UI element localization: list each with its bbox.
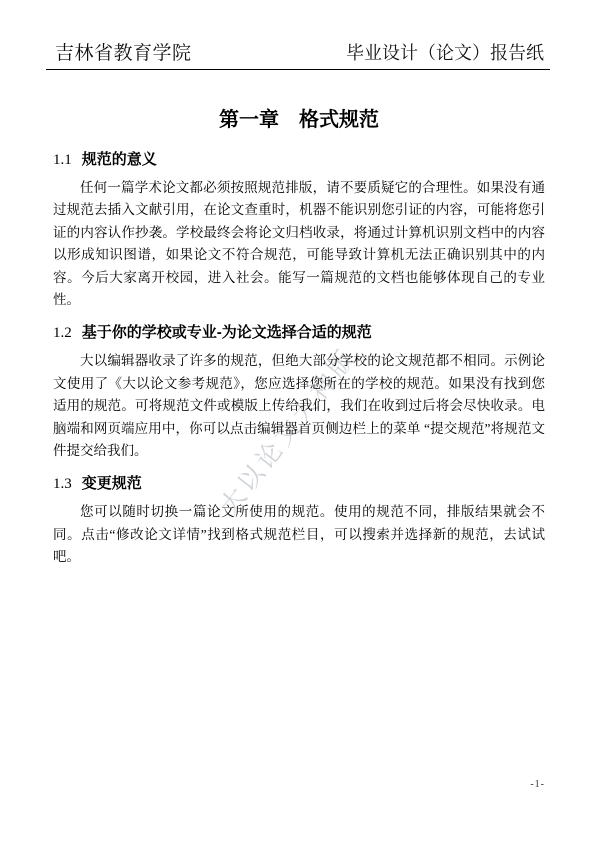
document-content: 第一章 格式规范 1.1规范的意义 任何一篇学术论文都必须按照规范排版，请不要质…: [53, 106, 545, 569]
section-heading-text: 基于你的学校或专业-为论文选择合适的规范: [82, 324, 372, 341]
section-paragraph: 任何一篇学术论文都必须按照规范排版，请不要质疑它的合理性。如果没有通过规范去插入…: [53, 177, 545, 311]
section-number: 1.1: [53, 152, 72, 168]
chapter-title: 第一章 格式规范: [53, 106, 545, 134]
section-heading-text: 规范的意义: [82, 151, 157, 168]
section-heading: 1.2基于你的学校或专业-为论文选择合适的规范: [53, 324, 545, 342]
section-paragraph: 大以编辑器收录了许多的规范，但绝大部分学校的论文规范都不相同。示例论文使用了《大…: [53, 350, 545, 462]
header-doc-type: 毕业设计（论文）报告纸: [346, 39, 550, 65]
header-school-name: 吉林省教育学院: [46, 38, 192, 65]
section-1-3: 1.3变更规范 您可以随时切换一篇论文所使用的规范。使用的规范不同，排版结果就会…: [53, 475, 545, 568]
section-1-1: 1.1规范的意义 任何一篇学术论文都必须按照规范排版，请不要质疑它的合理性。如果…: [53, 151, 545, 311]
section-heading: 1.3变更规范: [53, 475, 545, 493]
page-number: -1-: [530, 779, 545, 790]
section-number: 1.3: [53, 476, 72, 492]
page-header: 吉林省教育学院 毕业设计（论文）报告纸: [46, 38, 550, 70]
section-number: 1.2: [53, 325, 72, 341]
section-paragraph: 您可以随时切换一篇论文所使用的规范。使用的规范不同，排版结果就会不同。点击“修改…: [53, 501, 545, 568]
page-footer: -1-: [530, 779, 545, 790]
section-heading: 1.1规范的意义: [53, 151, 545, 169]
section-heading-text: 变更规范: [82, 475, 142, 492]
document-page: 吉林省教育学院 毕业设计（论文）报告纸 大以论文大神版 第一章 格式规范 1.1…: [0, 0, 595, 842]
section-1-2: 1.2基于你的学校或专业-为论文选择合适的规范 大以编辑器收录了许多的规范，但绝…: [53, 324, 545, 462]
